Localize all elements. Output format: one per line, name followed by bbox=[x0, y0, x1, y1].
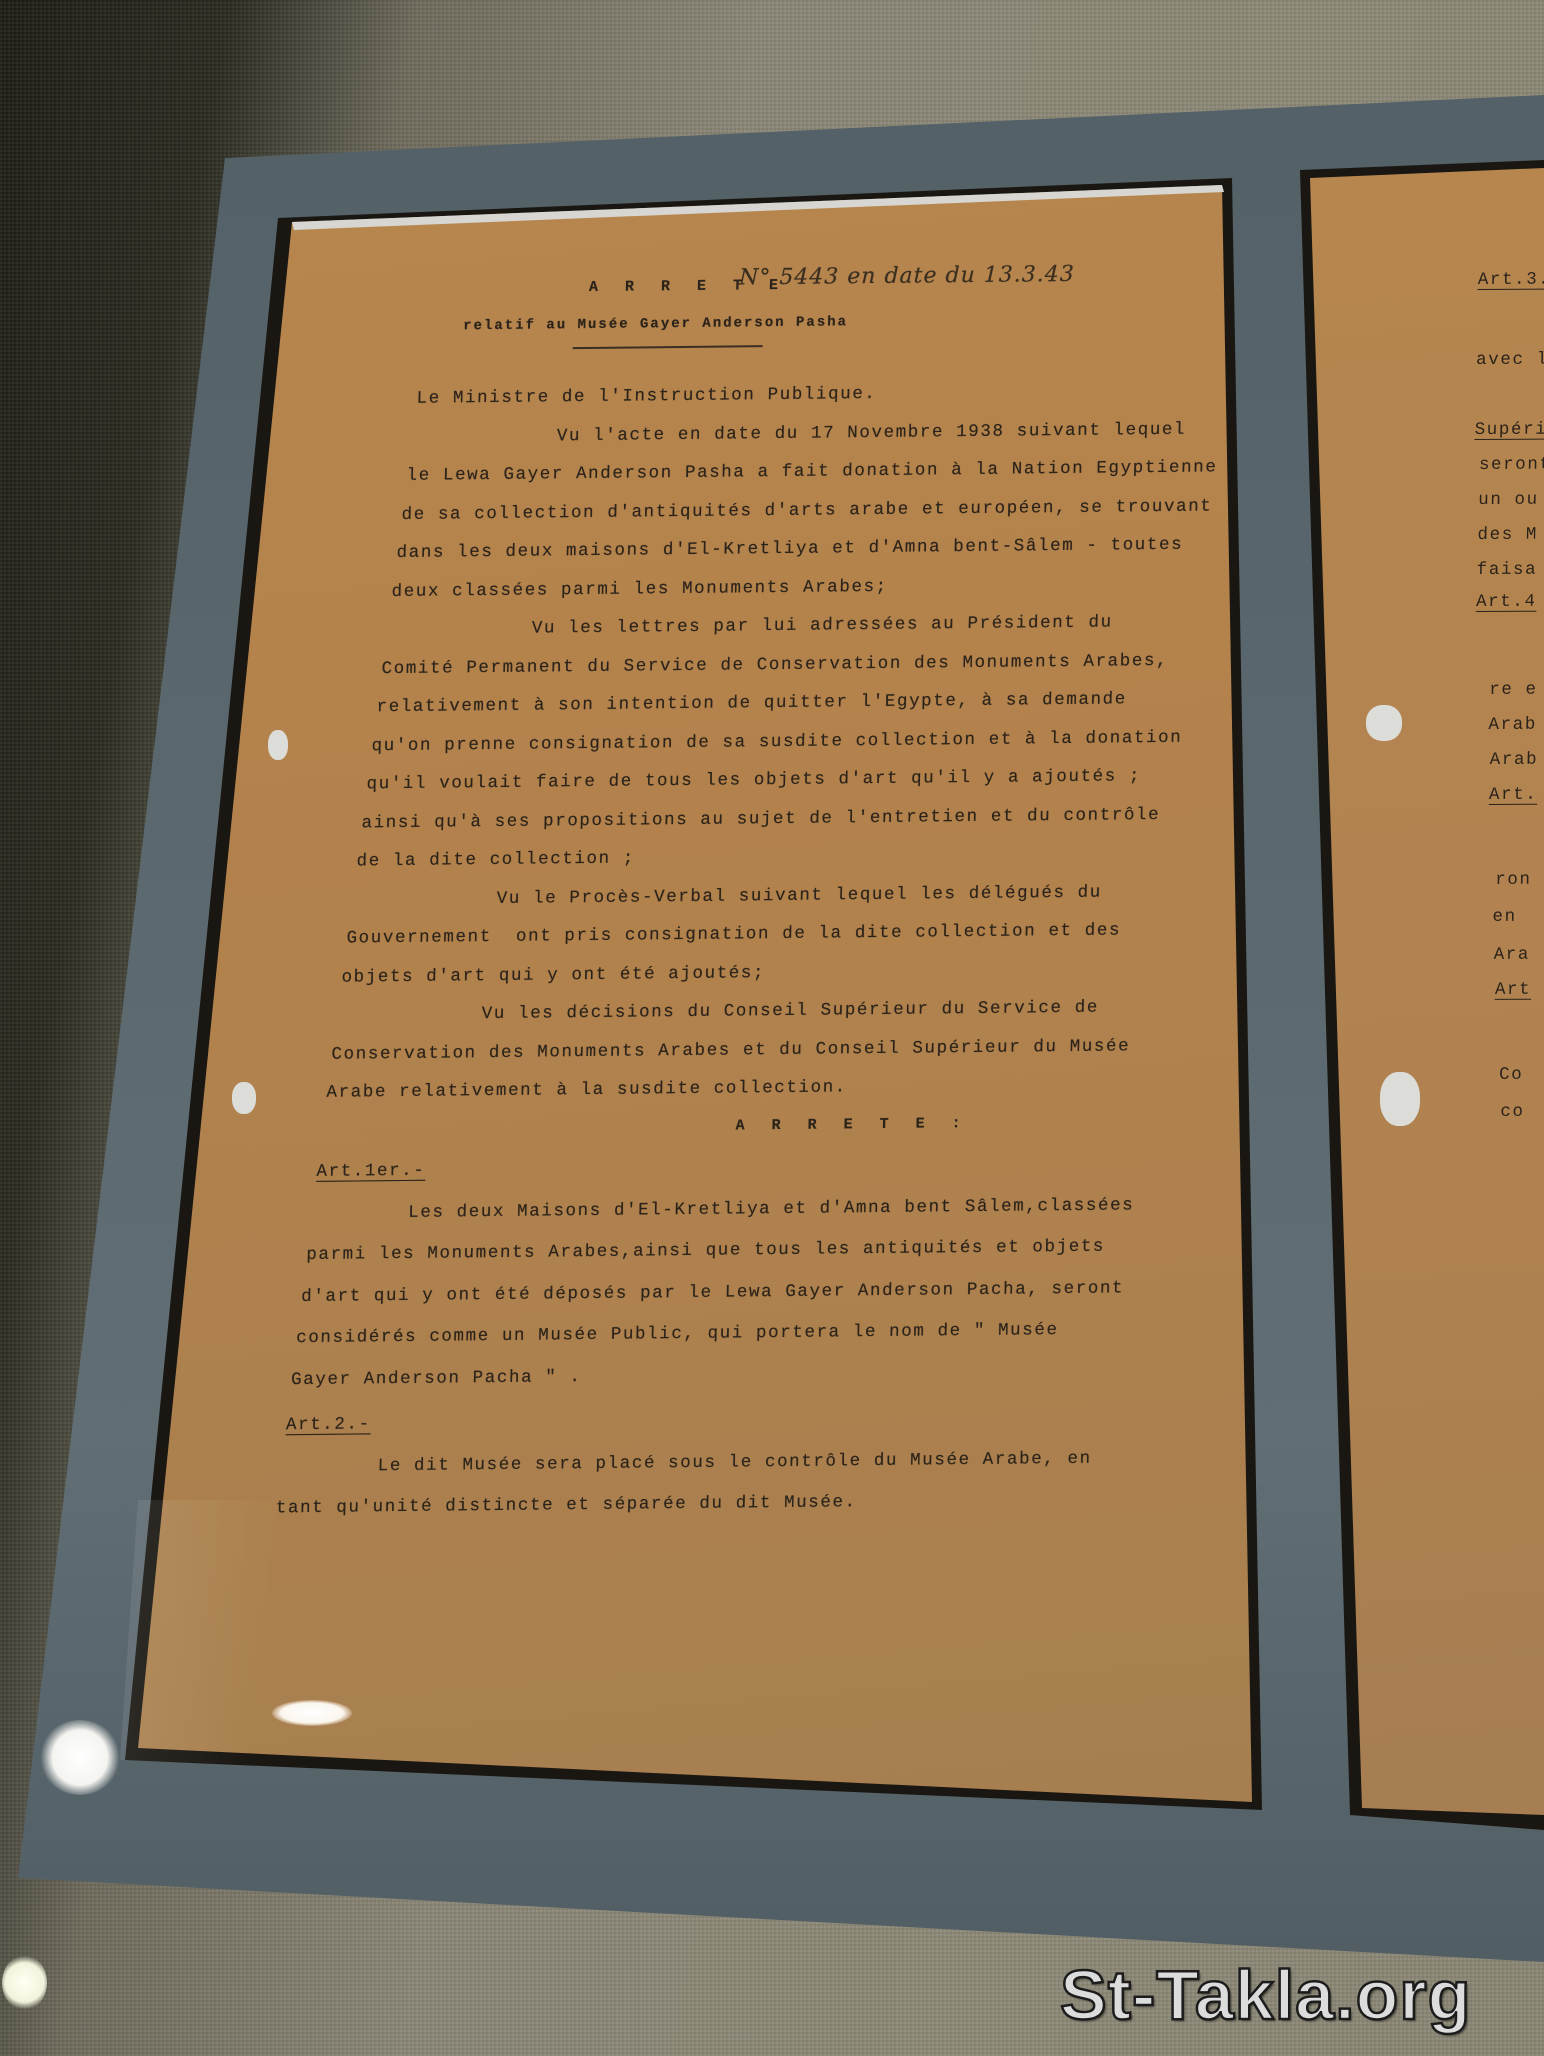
document-line-partial: Ara bbox=[1493, 945, 1530, 965]
punch-hole bbox=[1366, 705, 1402, 741]
document-line-partial: Arab bbox=[1488, 715, 1537, 735]
document-line-partial: Co bbox=[1499, 1065, 1524, 1085]
punch-hole bbox=[232, 1082, 256, 1114]
document-line-partial: avec l' bbox=[1476, 350, 1544, 370]
article-line: Gayer Anderson Pacha " . bbox=[291, 1367, 582, 1390]
document-line-partial: faisa bbox=[1477, 560, 1538, 580]
document-line-partial: ron bbox=[1495, 870, 1532, 890]
handwritten-annotation: N° 5443 en date du 13.3.43 bbox=[739, 262, 1075, 291]
article-heading: Art.1er.- bbox=[316, 1161, 425, 1182]
document-line-partial: seront bbox=[1479, 455, 1544, 475]
watermark: St-Takla.org bbox=[1060, 1955, 1471, 2035]
document-line-partial: co bbox=[1500, 1102, 1525, 1122]
punch-hole bbox=[1380, 1072, 1420, 1126]
document-line-partial: Art bbox=[1495, 980, 1532, 1000]
document-line-partial: Arab bbox=[1490, 750, 1539, 770]
article-heading: Art.2.- bbox=[286, 1414, 371, 1435]
document-line-partial: Art.3.- bbox=[1478, 270, 1544, 290]
document-line-partial: re e bbox=[1489, 680, 1538, 700]
light-reflection bbox=[272, 1700, 352, 1726]
light-reflection bbox=[2, 1955, 47, 2010]
light-reflection bbox=[40, 1720, 120, 1795]
document-line-partial: Art.4 bbox=[1476, 592, 1537, 612]
document-line-partial: Supéri bbox=[1474, 420, 1544, 440]
document-line-partial: des M bbox=[1477, 525, 1538, 545]
punch-hole bbox=[268, 730, 288, 760]
document-line-partial: Art. bbox=[1489, 785, 1538, 805]
document-line: de la dite collection ; bbox=[356, 849, 635, 872]
document-line-partial: en bbox=[1492, 907, 1517, 927]
document-line-partial: un ou bbox=[1478, 490, 1539, 510]
